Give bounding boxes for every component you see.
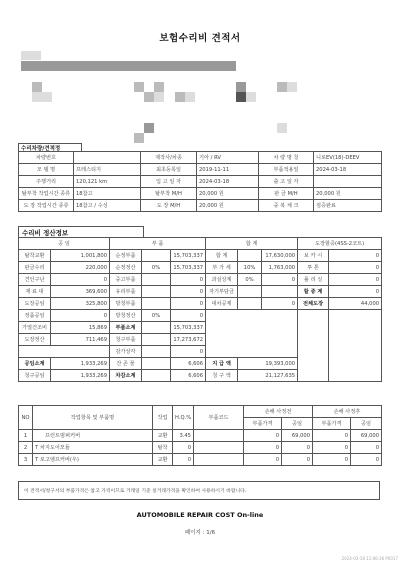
labor-value: 0	[51, 310, 110, 322]
redacted-block	[287, 82, 297, 92]
vehicle-row: 도 장 작업시간 종류 18참고 / 수성 도 장 M/H 20,000 원 중…	[19, 200, 382, 212]
labor-value: 1,933,269	[51, 370, 110, 382]
total-label: 청 구 액	[206, 370, 238, 382]
item-before-price: 0	[244, 430, 282, 442]
labor-label: 청구공임	[19, 370, 51, 382]
parts-value: 15,703,337	[171, 262, 206, 274]
item-code	[194, 454, 244, 466]
surcharge-label: 투 톤	[298, 262, 329, 274]
parts-pct	[142, 298, 171, 310]
redacted-block	[134, 82, 144, 92]
total-empty-area	[206, 310, 298, 358]
header-hq: H.Q.%	[173, 406, 194, 430]
value-vehicle-name: 니로EV(18)-DEEV	[314, 152, 382, 164]
labor-value: 0	[51, 274, 110, 286]
surcharge-label: 폴 리 싱	[298, 274, 329, 286]
parts-value: 6,606	[171, 370, 206, 382]
item-work: 교환	[153, 430, 173, 442]
parts-label: 잔 존 물	[110, 358, 142, 370]
total-pct	[238, 298, 262, 310]
footer-title: AUTOMOBILE REPAIR COST On-line	[0, 511, 400, 519]
header-paint-surcharge: 도장할증(4SS-2코트)	[298, 238, 382, 250]
parts-pct: 0%	[142, 262, 171, 274]
total-value: 21,127,635	[238, 370, 298, 382]
label-parts-date: 부품적용일	[259, 164, 314, 176]
total-label: 합 계	[206, 250, 238, 262]
parts-value: 0	[171, 346, 206, 358]
surcharge-label: 전체도장	[298, 298, 329, 310]
item-hq: 0	[173, 454, 194, 466]
item-before-labor: 69,000	[282, 430, 313, 442]
item-after-labor: 0	[351, 454, 382, 466]
settlement-row: 판금수리 220,000 순정정산 0% 15,703,337 부 가 세 10…	[19, 262, 382, 274]
labor-label: 공임소계	[19, 358, 51, 370]
total-pct: 10%	[238, 262, 262, 274]
surcharge-value: 0	[329, 286, 382, 298]
print-timestamp: 2024-03-18 11:06:36 P0017	[342, 556, 398, 561]
value-first-registration: 2019-11-11	[197, 164, 259, 176]
work-item-row: 1 프런트범퍼커버 교환 3.45 0 69,000 0 69,000	[19, 430, 382, 442]
item-no: 2	[19, 442, 33, 454]
label-model: 모 델 명	[19, 164, 74, 176]
surcharge-value: 44,000	[329, 298, 382, 310]
header-after-part-price: 부품가격	[313, 418, 351, 430]
parts-value: 17,273,672	[171, 334, 206, 346]
labor-value: 325,800	[51, 298, 110, 310]
label-paint-time-type: 도 장 작업시간 종류	[19, 200, 74, 212]
redacted-block	[236, 92, 246, 102]
header-before-labor: 공임	[282, 418, 313, 430]
parts-value: 0	[171, 310, 206, 322]
label-removal-mh: 탈부착 M/H	[141, 188, 197, 200]
label-maker: 제작사/차종	[141, 152, 197, 164]
item-after-labor: 69,000	[351, 430, 382, 442]
surcharge-empty-value	[329, 310, 382, 382]
parts-value: 0	[171, 298, 206, 310]
value-parts-date: 2024-03-18	[314, 164, 382, 176]
header-work: 작업	[153, 406, 173, 430]
vehicle-info-table: 차량번호 제작사/차종 기아 / RV 차 량 명 칭 니로EV(18)-DEE…	[18, 151, 382, 212]
header-no: NO	[19, 406, 33, 430]
total-label: 지 급 액	[206, 358, 238, 370]
header-parts: 부 품	[110, 238, 206, 250]
total-pct	[238, 250, 262, 262]
labor-label: 견인구난	[19, 274, 51, 286]
item-after-price: 0	[313, 430, 351, 442]
redacted-block	[144, 92, 154, 102]
labor-label: 도장정산	[19, 334, 51, 346]
item-name: T 차지도어모듈	[33, 442, 153, 454]
label-vehicle-number: 차량번호	[19, 152, 74, 164]
item-hq: 0	[173, 442, 194, 454]
labor-value: 711,469	[51, 334, 110, 346]
parts-label: 감가상각	[110, 346, 142, 358]
total-pct	[238, 286, 262, 298]
value-paint-time-type: 18참고 / 수성	[74, 200, 141, 212]
parts-value: 6,606	[171, 358, 206, 370]
labor-value: 1,001,800	[51, 250, 110, 262]
redacted-block	[32, 82, 42, 92]
parts-pct	[142, 334, 171, 346]
parts-label: 방청정산	[110, 310, 142, 322]
labor-label: 탈착교환	[19, 250, 51, 262]
parts-label: 부품소계	[110, 322, 142, 334]
item-before-price: 0	[244, 454, 282, 466]
document-title: 보험수리비 견적서	[0, 30, 400, 44]
parts-label: 유리부품	[110, 286, 142, 298]
settlement-header-row: 공 임 부 품 합 계 도장할증(4SS-2코트)	[19, 238, 382, 250]
label-sheet-metal-mh: 판 금 M/H	[259, 188, 314, 200]
value-vehicle-number	[74, 152, 141, 164]
labor-label: 재 료 대	[19, 286, 51, 298]
parts-label: 차감소계	[110, 370, 142, 382]
parts-pct	[142, 358, 171, 370]
label-release-date: 출 고 일 자	[259, 176, 314, 188]
redacted-block	[236, 82, 246, 92]
parts-label: 청구부품	[110, 334, 142, 346]
labor-label: 도장공임	[19, 298, 51, 310]
redacted-block	[175, 92, 185, 102]
item-after-price: 0	[313, 442, 351, 454]
labor-value: 1,933,269	[51, 358, 110, 370]
value-entry-date: 2024-03-18	[197, 176, 259, 188]
settlement-row: 견인구난 0 중고부품 0 과실상계 0% 0 폴 리 싱 0	[19, 274, 382, 286]
total-label: 대차공제	[206, 298, 238, 310]
item-code	[194, 442, 244, 454]
item-before-price: 0	[244, 442, 282, 454]
value-sheet-metal-mh: 20,000 원	[314, 188, 382, 200]
value-removal-time-type: 18참고	[74, 188, 141, 200]
item-after-labor: 0	[351, 442, 382, 454]
item-before-labor: 0	[282, 454, 313, 466]
item-hq: 3.45	[173, 430, 194, 442]
item-code	[194, 430, 244, 442]
total-pct: 0%	[238, 274, 262, 286]
labor-label: 가열건조비	[19, 322, 51, 334]
total-value: 17,630,000	[262, 250, 298, 262]
item-work: 교환	[153, 454, 173, 466]
label-mileage: 주행거리	[19, 176, 74, 188]
value-release-date	[314, 176, 382, 188]
value-removal-mh: 20,000 원	[197, 188, 259, 200]
labor-label: 정품공임	[19, 310, 51, 322]
parts-pct	[142, 274, 171, 286]
item-work: 탈착	[153, 442, 173, 454]
item-name: 프런트범퍼커버	[33, 430, 153, 442]
settlement-row: 탈착교환 1,001,800 순정부품 15,703,337 합 계 17,63…	[19, 250, 382, 262]
labor-value: 220,000	[51, 262, 110, 274]
surcharge-value: 0	[329, 262, 382, 274]
value-maker: 기아 / RV	[197, 152, 259, 164]
total-value: 0	[262, 274, 298, 286]
settlement-row: 정품공임 0 방청정산 0% 0	[19, 310, 382, 322]
item-after-price: 0	[313, 454, 351, 466]
redacted-block	[185, 92, 195, 102]
parts-label: 순정정산	[110, 262, 142, 274]
total-label: 부 가 세	[206, 262, 238, 274]
parts-pct	[142, 370, 171, 382]
surcharge-value: 0	[329, 250, 382, 262]
value-mileage: 120,121 km	[74, 176, 141, 188]
total-label: 자기부담금	[206, 286, 238, 298]
settlement-row: 재 료 대 369,600 유리부품 0 자기부담금 할 증 계 0	[19, 286, 382, 298]
redacted-block	[277, 123, 287, 133]
labor-empty	[19, 346, 110, 358]
header-part-code: 부품코드	[194, 406, 244, 430]
redacted-block	[32, 92, 52, 102]
header-total: 합 계	[206, 238, 298, 250]
total-value: 0	[262, 298, 298, 310]
surcharge-value: 0	[329, 274, 382, 286]
header-item: 작업항목 및 부품명	[33, 406, 153, 430]
vehicle-row: 모 델 명 프레스티지 최초등록일 2019-11-11 부품적용일 2024-…	[19, 164, 382, 176]
total-value	[262, 286, 298, 298]
parts-pct	[142, 250, 171, 262]
label-removal-time-type: 탈부착 작업시간 종류	[19, 188, 74, 200]
label-entry-date: 입 고 일 자	[141, 176, 197, 188]
parts-label: 순정부품	[110, 250, 142, 262]
header-before-part-price: 부품가격	[244, 418, 282, 430]
parts-pct: 0%	[142, 310, 171, 322]
surcharge-label: 보 카 시	[298, 250, 329, 262]
item-before-labor: 0	[282, 442, 313, 454]
total-value: 19,393,000	[238, 358, 298, 370]
parts-value: 15,703,337	[171, 250, 206, 262]
header-labor: 공 임	[19, 238, 110, 250]
redacted-block	[144, 123, 154, 133]
price-notice: 이 견적서/청구서의 부품가격은 참고 가격이므로 거래일 기준 실거래가격을 …	[18, 481, 380, 500]
value-duplicate-check: 검증완료	[314, 200, 382, 212]
value-paint-mh: 20,000 원	[197, 200, 259, 212]
labor-label: 판금수리	[19, 262, 51, 274]
total-label: 과실상계	[206, 274, 238, 286]
label-first-registration: 최초등록일	[141, 164, 197, 176]
item-name: T 로고엠프커버(우)	[33, 454, 153, 466]
redacted-block	[154, 92, 164, 102]
parts-value: 0	[171, 274, 206, 286]
work-header-row: NO 작업항목 및 부품명 작업 H.Q.% 부품코드 손해 사정전 손해 사정…	[19, 406, 382, 418]
parts-label: 방청부품	[110, 298, 142, 310]
item-no: 1	[19, 430, 33, 442]
label-vehicle-name: 차 량 명 칭	[259, 152, 314, 164]
total-value: 1,763,000	[262, 262, 298, 274]
redacted-bar	[21, 61, 236, 71]
redacted-block	[246, 92, 256, 102]
labor-value: 369,600	[51, 286, 110, 298]
parts-pct	[142, 346, 171, 358]
vehicle-row: 탈부착 작업시간 종류 18참고 탈부착 M/H 20,000 원 판 금 M/…	[19, 188, 382, 200]
vehicle-row: 차량번호 제작사/차종 기아 / RV 차 량 명 칭 니로EV(18)-DEE…	[19, 152, 382, 164]
work-items-table: NO 작업항목 및 부품명 작업 H.Q.% 부품코드 손해 사정전 손해 사정…	[18, 405, 382, 466]
settlement-table: 공 임 부 품 합 계 도장할증(4SS-2코트) 탈착교환 1,001,800…	[18, 237, 382, 382]
surcharge-empty-label	[298, 310, 329, 382]
header-after-labor: 공임	[351, 418, 382, 430]
surcharge-label: 할 증 계	[298, 286, 329, 298]
parts-pct	[142, 286, 171, 298]
parts-value: 0	[171, 286, 206, 298]
vehicle-row: 주행거리 120,121 km 입 고 일 자 2024-03-18 출 고 일…	[19, 176, 382, 188]
header-after-assessment: 손해 사정후	[313, 406, 382, 418]
labor-value: 15,869	[51, 322, 110, 334]
redacted-block	[134, 133, 144, 143]
page-indicator: 페이지 : 1/6	[0, 528, 400, 536]
settlement-row: 도장공임 325,800 방청부품 0 대차공제 0 전체도장 44,000	[19, 298, 382, 310]
label-duplicate-check: 중 복 체 크	[259, 200, 314, 212]
work-item-row: 3 T 로고엠프커버(우) 교환 0 0 0 0 0	[19, 454, 382, 466]
value-model: 프레스티지	[74, 164, 141, 176]
redacted-block	[277, 82, 287, 92]
label-paint-mh: 도 장 M/H	[141, 200, 197, 212]
work-item-row: 2 T 차지도어모듈 탈착 0 0 0 0 0	[19, 442, 382, 454]
item-no: 3	[19, 454, 33, 466]
redacted-block	[21, 51, 41, 60]
parts-value: 15,703,337	[171, 322, 206, 334]
redacted-block	[154, 82, 164, 92]
parts-pct	[142, 322, 171, 334]
header-before-assessment: 손해 사정전	[244, 406, 313, 418]
parts-label: 중고부품	[110, 274, 142, 286]
